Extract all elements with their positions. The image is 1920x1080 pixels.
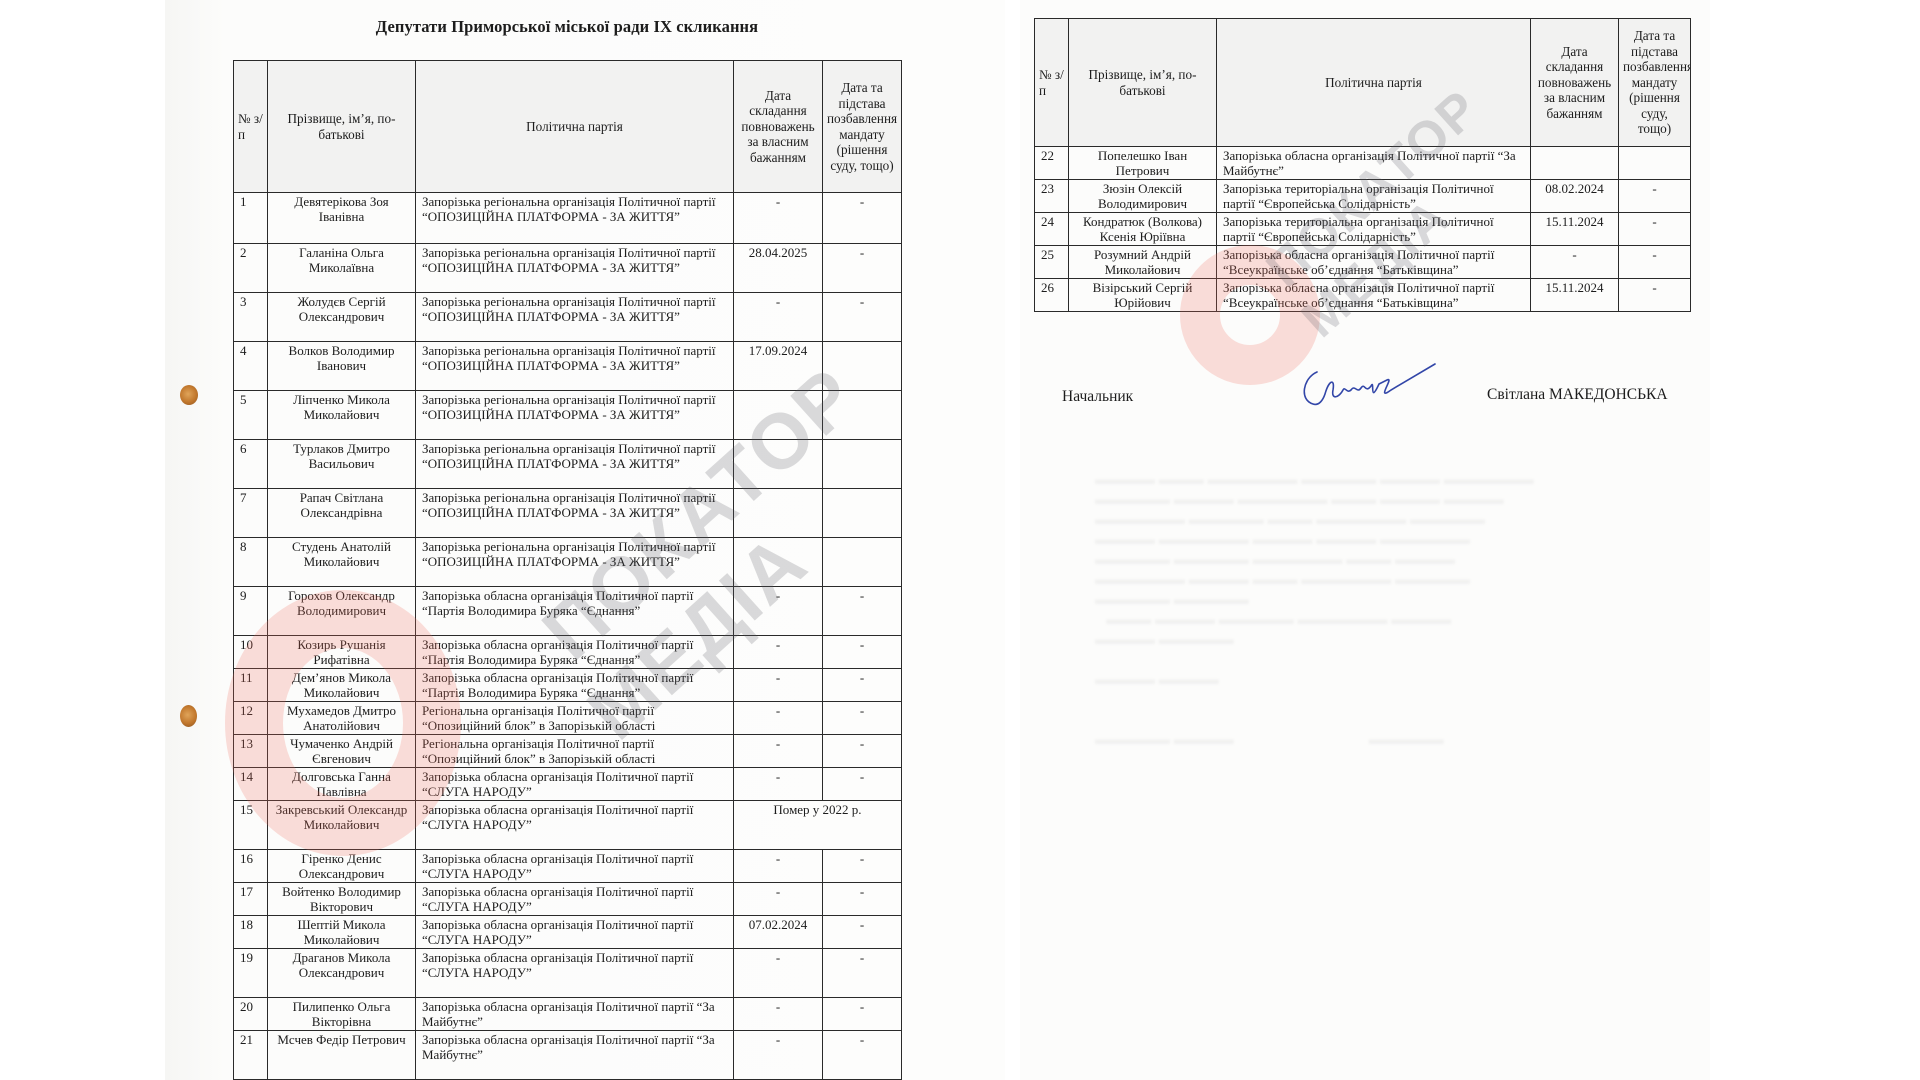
party-name: Запорізька обласна організація Політично… [416,801,734,850]
party-name: Запорізька територіальна організація Пол… [1217,180,1531,213]
resignation-date: - [734,768,823,801]
revocation-info [823,342,902,391]
row-number: 18 [234,916,268,949]
revocation-info [823,391,902,440]
table-row: 8Студень Анатолій МиколайовичЗапорізька … [234,538,902,587]
table-row: 9Горохов Олександр ВолодимировичЗапорізь… [234,587,902,636]
row-number: 6 [234,440,268,489]
resignation-date: - [734,669,823,702]
row-number: 15 [234,801,268,850]
resignation-date: 28.04.2025 [734,244,823,293]
party-name: Запорізька обласна організація Політично… [416,883,734,916]
resignation-date: - [734,850,823,883]
handwritten-signature-icon [1295,360,1445,412]
table-row: 26Візірський Сергій ЮрійовичЗапорізька о… [1035,279,1691,312]
party-name: Запорізька регіональна організація Політ… [416,538,734,587]
row-number: 5 [234,391,268,440]
revocation-info: - [823,1031,902,1080]
revocation-info: - [823,669,902,702]
party-name: Запорізька обласна організація Політично… [1217,147,1531,180]
party-name: Запорізька обласна організація Політично… [1217,279,1531,312]
punch-hole-icon [180,705,197,727]
resignation-date [734,440,823,489]
party-name: Запорізька обласна організація Політично… [416,636,734,669]
column-header-party: Політична партія [416,61,734,193]
deputy-name: Волков Володимир Іванович [268,342,416,391]
row-number: 16 [234,850,268,883]
resignation-date [734,489,823,538]
table-row: 13Чумаченко Андрій ЄвгеновичРегіональна … [234,735,902,768]
row-number: 11 [234,669,268,702]
row-number: 1 [234,193,268,244]
table-row: 7Рапач Світлана ОлександрівнаЗапорізька … [234,489,902,538]
deputy-name: Мсчев Федір Петрович [268,1031,416,1080]
row-number: 25 [1035,246,1069,279]
deputy-name: Пилипенко Ольга Вікторівна [268,998,416,1031]
party-name: Запорізька регіональна організація Політ… [416,391,734,440]
deputy-name: Козирь Рушанія Рифатівна [268,636,416,669]
table-row: 25Розумний Андрій МиколайовичЗапорізька … [1035,246,1691,279]
table-row: 6Турлаков Дмитро ВасильовичЗапорізька ре… [234,440,902,489]
resignation-date: - [734,193,823,244]
revocation-info: - [823,244,902,293]
table-row: 14Долговська Ганна ПавлівнаЗапорізька об… [234,768,902,801]
row-number: 12 [234,702,268,735]
resignation-date: - [734,1031,823,1080]
deputy-name: Мухамедов Дмитро Анатолійович [268,702,416,735]
deputy-name: Ліпченко Микола Миколайович [268,391,416,440]
party-name: Запорізька регіональна організація Політ… [416,342,734,391]
signatory-position: Начальник [1062,388,1133,406]
revocation-info [1619,147,1691,180]
party-name: Запорізька обласна організація Політично… [416,587,734,636]
column-header-resignation-date: Дата складання повноважень за власним ба… [1531,19,1619,147]
row-number: 13 [234,735,268,768]
revocation-info: - [823,587,902,636]
table-row: 15Закревський Олександр МиколайовичЗапор… [234,801,902,850]
column-header-revocation: Дата та підстава позбавлення мандату (рі… [823,61,902,193]
table-row: 23Зюзін Олексій ВолодимировичЗапорізька … [1035,180,1691,213]
resignation-date: - [1531,246,1619,279]
deputy-name: Долговська Ганна Павлівна [268,768,416,801]
deputy-name: Візірський Сергій Юрійович [1069,279,1217,312]
resignation-date: - [734,293,823,342]
revocation-info [823,440,902,489]
deputy-name: Гіренко Денис Олександрович [268,850,416,883]
table-row: 11Дем’янов Микола МиколайовичЗапорізька … [234,669,902,702]
table-row: 12Мухамедов Дмитро АнатолійовичРегіональ… [234,702,902,735]
resignation-date: - [734,949,823,998]
resignation-date: 07.02.2024 [734,916,823,949]
revocation-info: - [823,293,902,342]
row-number: 7 [234,489,268,538]
table-row: 4Волков Володимир ІвановичЗапорізька рег… [234,342,902,391]
resignation-date: - [734,883,823,916]
row-number: 8 [234,538,268,587]
resignation-date: 15.11.2024 [1531,213,1619,246]
row-number: 20 [234,998,268,1031]
revocation-info: - [823,916,902,949]
column-header-name: Прізвище, ім’я, по-батькові [1069,19,1217,147]
party-name: Запорізька обласна організація Політично… [1217,246,1531,279]
party-name: Запорізька обласна організація Політично… [416,669,734,702]
deputy-name: Драганов Микола Олександрович [268,949,416,998]
column-header-number: № з/п [1035,19,1069,147]
table-row: 24Кондратюк (Волкова) Ксенія ЮріївнаЗапо… [1035,213,1691,246]
resignation-date: 08.02.2024 [1531,180,1619,213]
revocation-info: - [823,768,902,801]
revocation-info: - [1619,246,1691,279]
resignation-date: - [734,636,823,669]
party-name: Запорізька регіональна організація Політ… [416,293,734,342]
deputy-name: Зюзін Олексій Володимирович [1069,180,1217,213]
party-name: Запорізька регіональна організація Політ… [416,489,734,538]
table-row: 21Мсчев Федір ПетровичЗапорізька обласна… [234,1031,902,1080]
column-header-number: № з/п [234,61,268,193]
row-number: 9 [234,587,268,636]
revocation-info: - [1619,279,1691,312]
deputy-name: Войтенко Володимир Вікторович [268,883,416,916]
resignation-date [734,391,823,440]
table-row: 1Девятерікова Зоя ІванівнаЗапорізька рег… [234,193,902,244]
table-row: 3Жолудєв Сергій ОлександровичЗапорізька … [234,293,902,342]
table-row: 19Драганов Микола ОлександровичЗапорізьк… [234,949,902,998]
party-name: Запорізька регіональна організація Політ… [416,193,734,244]
row-number: 22 [1035,147,1069,180]
revocation-info: - [823,998,902,1031]
row-number: 19 [234,949,268,998]
revocation-info [823,538,902,587]
revocation-info: - [823,193,902,244]
party-name: Запорізька обласна організація Політично… [416,850,734,883]
revocation-info: - [1619,180,1691,213]
deputy-name: Горохов Олександр Володимирович [268,587,416,636]
deputy-name: Попелешко Іван Петрович [1069,147,1217,180]
revocation-info [823,489,902,538]
table-row: 10Козирь Рушанія РифатівнаЗапорізька обл… [234,636,902,669]
deputy-name: Рапач Світлана Олександрівна [268,489,416,538]
party-name: Запорізька обласна організація Політично… [416,998,734,1031]
resignation-date: 15.11.2024 [1531,279,1619,312]
row-number: 21 [234,1031,268,1080]
party-name: Запорізька обласна організація Політично… [416,949,734,998]
row-number: 23 [1035,180,1069,213]
party-name: Запорізька регіональна організація Політ… [416,244,734,293]
revocation-info: - [823,949,902,998]
row-number: 14 [234,768,268,801]
table-row: 16Гіренко Денис ОлександровичЗапорізька … [234,850,902,883]
row-number: 17 [234,883,268,916]
column-header-revocation: Дата та підстава позбавлення мандату (рі… [1619,19,1691,147]
resignation-date: 17.09.2024 [734,342,823,391]
deputy-name: Дем’янов Микола Миколайович [268,669,416,702]
row-number: 24 [1035,213,1069,246]
deputy-name: Кондратюк (Волкова) Ксенія Юріївна [1069,213,1217,246]
deputies-table-page-1: № з/п Прізвище, ім’я, по-батькові Політи… [233,60,902,1080]
page-title: Депутати Приморської міської ради IX скл… [233,17,901,37]
deputy-name: Чумаченко Андрій Євгенович [268,735,416,768]
party-name: Регіональна організація Політичної парті… [416,735,734,768]
row-number: 4 [234,342,268,391]
row-number: 3 [234,293,268,342]
deputies-table-page-2: № з/п Прізвище, ім’я, по-батькові Політи… [1034,18,1691,312]
deputy-name: Закревський Олександр Миколайович [268,801,416,850]
table-row: 5Ліпченко Микола МиколайовичЗапорізька р… [234,391,902,440]
party-name: Регіональна організація Політичної парті… [416,702,734,735]
table-row: 17Войтенко Володимир ВікторовичЗапорізьк… [234,883,902,916]
party-name: Запорізька обласна організація Політично… [416,768,734,801]
resignation-date: - [734,998,823,1031]
row-number: 2 [234,244,268,293]
resignation-date [734,538,823,587]
punch-hole-icon [180,385,198,405]
table-row: 22Попелешко Іван ПетровичЗапорізька обла… [1035,147,1691,180]
revocation-info: - [823,702,902,735]
revocation-info: - [823,850,902,883]
signatory-name: Світлана МАКЕДОНСЬКА [1487,386,1668,404]
row-number: 10 [234,636,268,669]
column-header-name: Прізвище, ім’я, по-батькові [268,61,416,193]
deputy-name: Студень Анатолій Миколайович [268,538,416,587]
revocation-info: - [823,735,902,768]
party-name: Запорізька регіональна організація Політ… [416,440,734,489]
column-header-resignation-date: Дата складання повноважень за власним ба… [734,61,823,193]
revocation-info: - [823,883,902,916]
deputy-name: Галаніна Ольга Миколаївна [268,244,416,293]
resignation-date: - [734,735,823,768]
table-row: 18Шептій Микола МиколайовичЗапорізька об… [234,916,902,949]
table-row: 2Галаніна Ольга МиколаївнаЗапорізька рег… [234,244,902,293]
party-name: Запорізька територіальна організація Пол… [1217,213,1531,246]
revocation-info: - [1619,213,1691,246]
resignation-date: - [734,702,823,735]
deputy-name: Жолудєв Сергій Олександрович [268,293,416,342]
party-name: Запорізька обласна організація Політично… [416,916,734,949]
status-note: Помер у 2022 р. [734,801,902,850]
column-header-party: Політична партія [1217,19,1531,147]
table-row: 20Пилипенко Ольга ВікторівнаЗапорізька о… [234,998,902,1031]
deputy-name: Турлаков Дмитро Васильович [268,440,416,489]
resignation-date: - [734,587,823,636]
deputy-name: Девятерікова Зоя Іванівна [268,193,416,244]
table-header-row: № з/п Прізвище, ім’я, по-батькові Політи… [1035,19,1691,147]
table-header-row: № з/п Прізвище, ім’я, по-батькові Політи… [234,61,902,193]
resignation-date [1531,147,1619,180]
party-name: Запорізька обласна організація Політично… [416,1031,734,1080]
row-number: 26 [1035,279,1069,312]
deputy-name: Розумний Андрій Миколайович [1069,246,1217,279]
deputy-name: Шептій Микола Миколайович [268,916,416,949]
revocation-info: - [823,636,902,669]
